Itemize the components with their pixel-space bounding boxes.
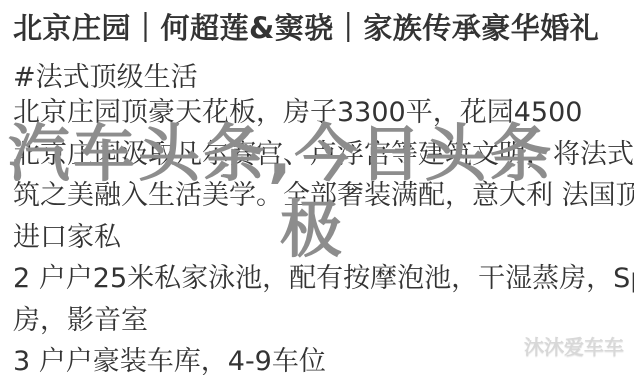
body-line: 筑之美融入生活美学。全部奢装满配，意大利 法国顶级	[13, 175, 634, 217]
body-line: 2 户户25米私家泳池，配有按摩泡池，干湿蒸房，Spa	[13, 258, 634, 300]
post-title: 北京庄园｜何超莲&窦骁｜家族传承豪华婚礼	[13, 6, 599, 47]
body-line: 北京庄园汲取凡尔赛宫、卢浮宫等建筑文明，将法式建	[13, 134, 634, 176]
author-watermark: 沐沐爱车车	[524, 331, 624, 360]
hashtag-label: #法式顶级生活	[13, 55, 198, 94]
body-line: 进口家私	[13, 217, 634, 259]
post-card: 北京庄园｜何超莲&窦骁｜家族传承豪华婚礼 #法式顶级生活 北京庄园顶豪天花板，房…	[0, 0, 634, 375]
body-line: 北京庄园顶豪天花板，房子3300平，花园4500	[13, 92, 634, 134]
